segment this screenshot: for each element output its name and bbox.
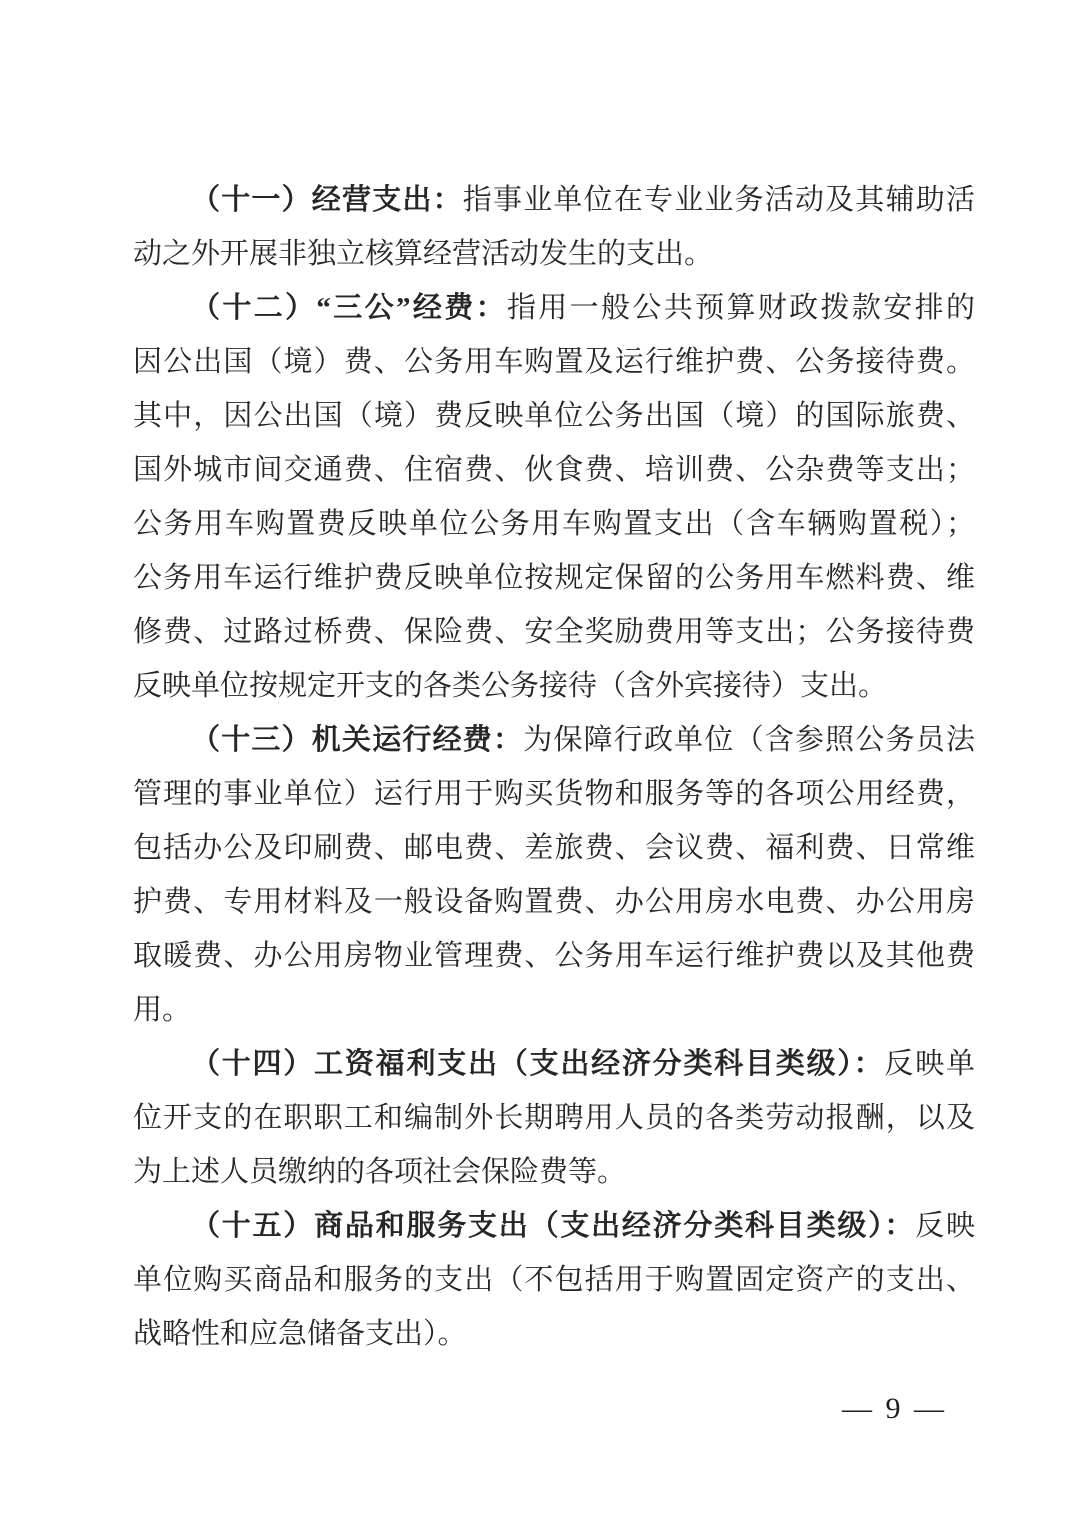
- text-line: 公务用车运行维护费反映单位按规定保留的公务用车燃料费、维: [133, 551, 975, 605]
- text-line: 为上述人员缴纳的各项社会保险费等。: [133, 1145, 975, 1199]
- paragraph: （十三）机关运行经费：为保障行政单位（含参照公务员法 管理的事业单位）运行用于购…: [133, 713, 975, 1037]
- text-line: （十三）机关运行经费：为保障行政单位（含参照公务员法: [133, 713, 975, 767]
- text-line: 护费、专用材料及一般设备购置费、办公用房水电费、办公用房: [133, 875, 975, 929]
- paragraph: （十一）经营支出：指事业单位在专业业务活动及其辅助活 动之外开展非独立核算经营活…: [133, 173, 975, 281]
- section-term: （十四）工资福利支出（支出经济分类科目类级）：: [191, 1048, 884, 1080]
- text-line: 国外城市间交通费、住宿费、伙食费、培训费、公杂费等支出；: [133, 443, 975, 497]
- line-text: 反映: [915, 1210, 975, 1242]
- line-text: 指用一般公共预算财政拨款安排的: [507, 292, 975, 324]
- section-term: （十五）商品和服务支出（支出经济分类科目类级）：: [191, 1210, 915, 1242]
- paragraph: （十五）商品和服务支出（支出经济分类科目类级）：反映 单位购买商品和服务的支出（…: [133, 1199, 975, 1361]
- text-line: 公务用车购置费反映单位公务用车购置支出（含车辆购置税）；: [133, 497, 975, 551]
- text-line: 反映单位按规定开支的各类公务接待（含外宾接待）支出。: [133, 659, 975, 713]
- text-line: 战略性和应急储备支出）。: [133, 1307, 975, 1361]
- section-term: （十二）“三公”经费：: [191, 292, 507, 324]
- text-line: （十一）经营支出：指事业单位在专业业务活动及其辅助活: [133, 173, 975, 227]
- text-line: 其中，因公出国（境）费反映单位公务出国（境）的国际旅费、: [133, 389, 975, 443]
- paragraph: （十四）工资福利支出（支出经济分类科目类级）：反映单 位开支的在职职工和编制外长…: [133, 1037, 975, 1199]
- document-page: （十一）经营支出：指事业单位在专业业务活动及其辅助活 动之外开展非独立核算经营活…: [0, 0, 1075, 1520]
- text-line: 动之外开展非独立核算经营活动发生的支出。: [133, 227, 975, 281]
- text-line: （十五）商品和服务支出（支出经济分类科目类级）：反映: [133, 1199, 975, 1253]
- text-line: 包括办公及印刷费、邮电费、差旅费、会议费、福利费、日常维: [133, 821, 975, 875]
- text-line: 修费、过路过桥费、保险费、安全奖励费用等支出；公务接待费: [133, 605, 975, 659]
- text-line: 取暖费、办公用房物业管理费、公务用车运行维护费以及其他费: [133, 929, 975, 983]
- section-term: （十一）经营支出：: [191, 184, 463, 216]
- text-line: 位开支的在职职工和编制外长期聘用人员的各类劳动报酬，以及: [133, 1091, 975, 1145]
- text-line: 管理的事业单位）运行用于购买货物和服务等的各项公用经费，: [133, 767, 975, 821]
- line-text: 反映单: [884, 1048, 975, 1080]
- page-number: — 9 —: [842, 1392, 947, 1426]
- text-line: （十四）工资福利支出（支出经济分类科目类级）：反映单: [133, 1037, 975, 1091]
- text-line: 因公出国（境）费、公务用车购置及运行维护费、公务接待费。: [133, 335, 975, 389]
- text-line: 用。: [133, 983, 975, 1037]
- line-text: 指事业单位在专业业务活动及其辅助活: [463, 184, 975, 216]
- paragraph: （十二）“三公”经费：指用一般公共预算财政拨款安排的 因公出国（境）费、公务用车…: [133, 281, 975, 713]
- text-line: 单位购买商品和服务的支出（不包括用于购置固定资产的支出、: [133, 1253, 975, 1307]
- section-term: （十三）机关运行经费：: [191, 724, 523, 756]
- document-body: （十一）经营支出：指事业单位在专业业务活动及其辅助活 动之外开展非独立核算经营活…: [133, 173, 975, 1361]
- line-text: 为保障行政单位（含参照公务员法: [523, 724, 975, 756]
- text-line: （十二）“三公”经费：指用一般公共预算财政拨款安排的: [133, 281, 975, 335]
